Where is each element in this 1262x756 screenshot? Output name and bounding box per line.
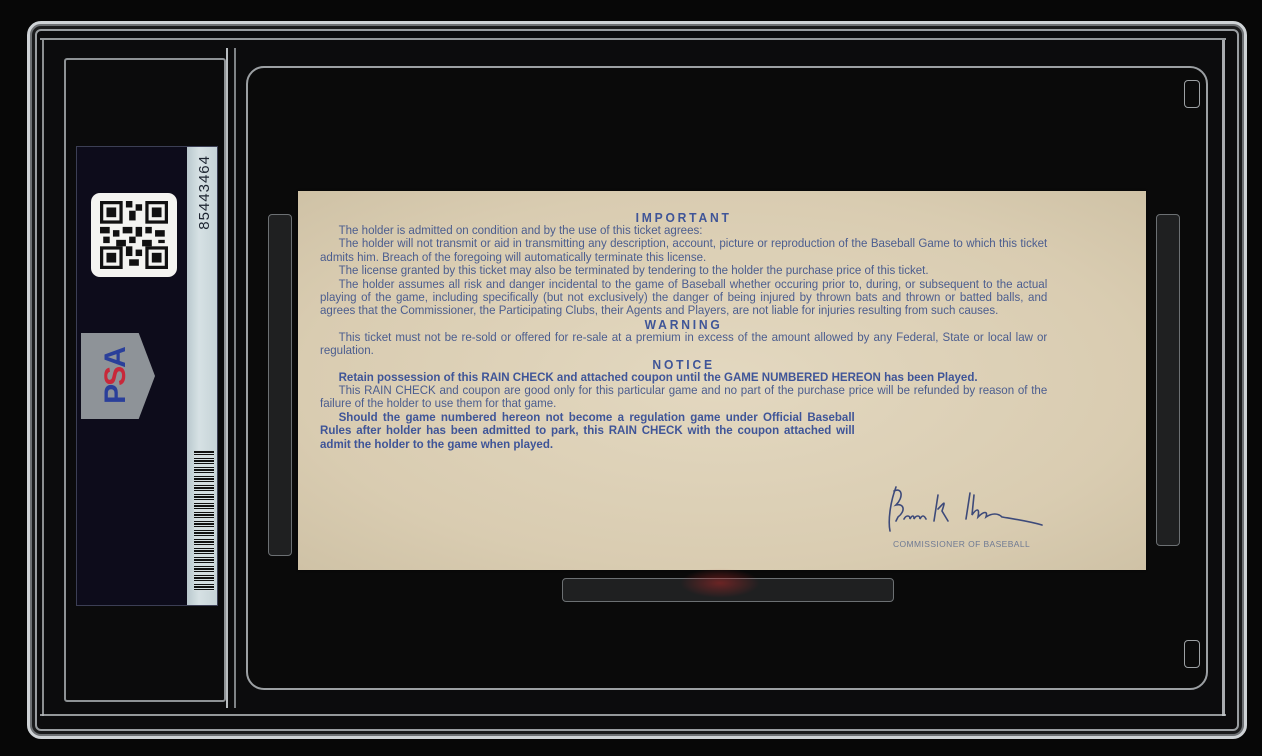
- ticket-back: IMPORTANT The holder is admitted on cond…: [298, 191, 1146, 570]
- corner-marker: [1184, 80, 1200, 108]
- label-strip: 85443464: [187, 147, 217, 605]
- term-paragraph: Should the game numbered hereon not beco…: [320, 411, 855, 451]
- cert-number: 85443464: [196, 155, 213, 230]
- psa-logo-text: PSA: [99, 348, 133, 404]
- corner-marker: [1184, 640, 1200, 668]
- barcode[interactable]: [194, 451, 214, 591]
- term-paragraph: The holder will not transmit or aid in t…: [320, 237, 1047, 264]
- commissioner-signature: [874, 481, 1049, 541]
- signature-caption: COMMISSIONER OF BASEBALL: [893, 539, 1030, 549]
- psa-logo: PSA: [81, 333, 155, 419]
- slab-notch: [1156, 214, 1180, 546]
- heading-warning: WARNING: [320, 318, 1047, 331]
- slab-rail: [1222, 40, 1225, 716]
- slab-rail: [40, 714, 1226, 716]
- term-paragraph: This ticket must not be re-sold or offer…: [320, 331, 1047, 358]
- psa-label: PSA 85443464: [76, 146, 218, 606]
- term-paragraph: The license granted by this ticket may a…: [320, 264, 1047, 277]
- term-paragraph: Retain possession of this RAIN CHECK and…: [320, 371, 1047, 384]
- heading-notice: NOTICE: [320, 358, 1047, 371]
- slab-notch: [268, 214, 292, 556]
- term-paragraph: The holder is admitted on condition and …: [320, 224, 1047, 237]
- qr-code-icon: [100, 201, 168, 269]
- reflection-glare: [680, 568, 760, 598]
- ticket-terms: IMPORTANT The holder is admitted on cond…: [320, 211, 1047, 451]
- slab-rail: [40, 38, 1226, 40]
- qr-code[interactable]: [91, 193, 177, 277]
- term-paragraph: This RAIN CHECK and coupon are good only…: [320, 384, 1047, 411]
- term-paragraph: The holder assumes all risk and danger i…: [320, 278, 1047, 318]
- slab-divider: [226, 48, 236, 708]
- slab-rail: [42, 40, 44, 716]
